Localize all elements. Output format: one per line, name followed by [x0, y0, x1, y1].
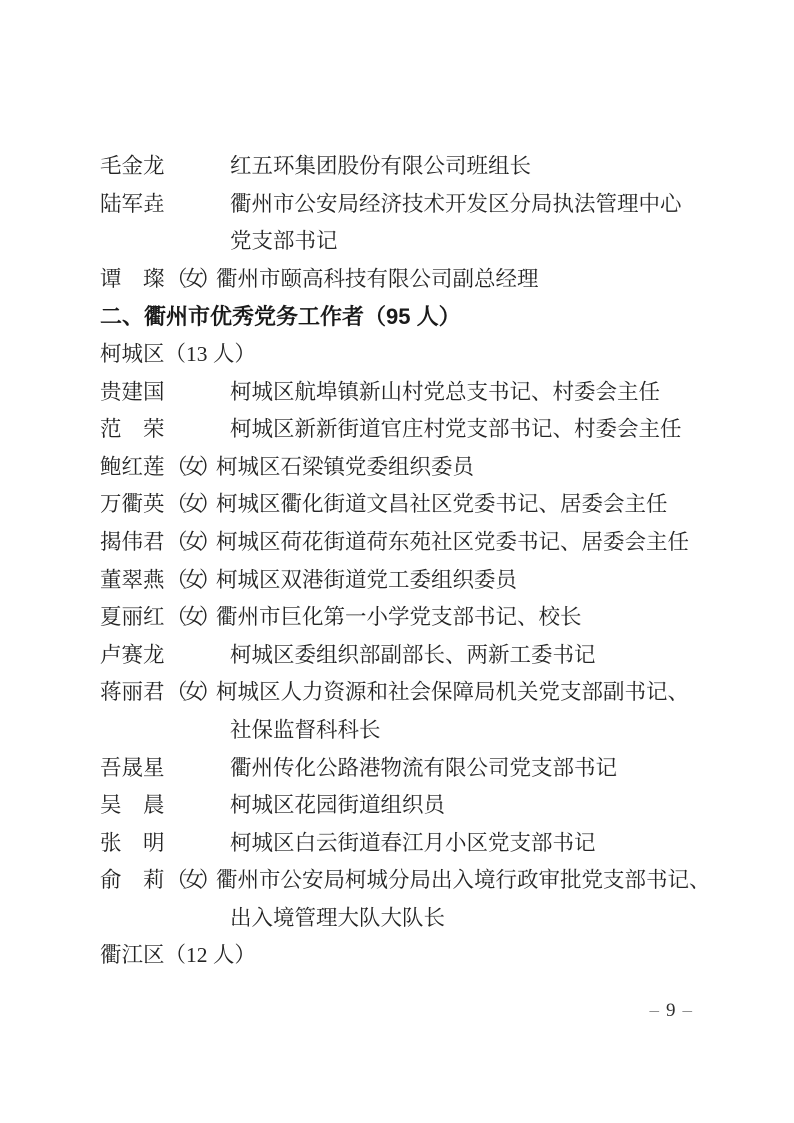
gender-marker: （女）: [166, 599, 216, 637]
awardee-row: 蒋丽君（女）柯城区人力资源和社会保障局机关党支部副书记、: [100, 674, 704, 712]
awardee-row: 毛金龙红五环集团股份有限公司班组长: [100, 148, 704, 186]
gender-marker: （女）: [166, 449, 216, 487]
awardee-position: 柯城区白云街道春江月小区党支部书记: [230, 825, 596, 863]
awardee-name: 张 明: [100, 825, 230, 863]
awardee-name: 毛金龙: [100, 148, 230, 186]
awardee-position: 衢州市巨化第一小学党支部书记、校长: [216, 599, 582, 637]
awardee-name: 范 荣: [100, 411, 230, 449]
awardee-position: 衢州传化公路港物流有限公司党支部书记: [230, 750, 617, 788]
awardee-row: 吾晟星衢州传化公路港物流有限公司党支部书记: [100, 750, 704, 788]
awardee-position-line2: 出入境管理大队大队长: [230, 900, 445, 938]
page-number: –9–: [650, 1000, 693, 1022]
awardee-row: 卢赛龙柯城区委组织部副部长、两新工委书记: [100, 637, 704, 675]
awardee-position: 柯城区委组织部副部长、两新工委书记: [230, 637, 596, 675]
position-continuation: 出入境管理大队大队长: [100, 900, 704, 938]
awardee-row: 董翠燕（女）柯城区双港街道党工委组织委员: [100, 562, 704, 600]
gender-marker: （女）: [166, 862, 216, 900]
awardee-name: 贵建国: [100, 374, 230, 412]
awardee-name: 揭伟君: [100, 524, 166, 562]
awardee-name: 陆军垚: [100, 186, 230, 224]
awardee-name: 俞 莉: [100, 862, 166, 900]
awardee-row: 万衢英（女）柯城区衢化街道文昌社区党委书记、居委会主任: [100, 486, 704, 524]
awardee-name: 吴 晨: [100, 787, 230, 825]
position-continuation: 党支部书记: [100, 223, 704, 261]
awardee-row: 张 明柯城区白云街道春江月小区党支部书记: [100, 825, 704, 863]
section-heading: 二、衢州市优秀党务工作者（95 人）: [100, 298, 704, 336]
awardee-row: 夏丽红（女）衢州市巨化第一小学党支部书记、校长: [100, 599, 704, 637]
awardee-position: 柯城区航埠镇新山村党总支书记、村委会主任: [230, 374, 660, 412]
awardee-row: 贵建国柯城区航埠镇新山村党总支书记、村委会主任: [100, 374, 704, 412]
gender-marker: （女）: [166, 524, 216, 562]
awardee-position: 衢州市公安局柯城分局出入境行政审批党支部书记、: [216, 862, 711, 900]
gender-marker: （女）: [166, 674, 216, 712]
awardee-position: 柯城区石梁镇党委组织委员: [216, 449, 474, 487]
district-group-title: 衢江区（12 人）: [100, 937, 704, 975]
awardee-name: 鲍红莲: [100, 449, 166, 487]
page-number-value: 9: [666, 1000, 676, 1021]
awardee-position: 柯城区新新街道官庄村党支部书记、村委会主任: [230, 411, 682, 449]
awardee-name: 蒋丽君: [100, 674, 166, 712]
awardee-position: 柯城区花园街道组织员: [230, 787, 445, 825]
awardee-row: 鲍红莲（女）柯城区石梁镇党委组织委员: [100, 449, 704, 487]
awardee-row: 揭伟君（女）柯城区荷花街道荷东苑社区党委书记、居委会主任: [100, 524, 704, 562]
awardee-position: 衢州市公安局经济技术开发区分局执法管理中心: [230, 186, 682, 224]
awardee-row: 谭 璨（女）衢州市颐高科技有限公司副总经理: [100, 261, 704, 299]
position-continuation: 社保监督科科长: [100, 712, 704, 750]
awardee-position: 柯城区荷花街道荷东苑社区党委书记、居委会主任: [216, 524, 689, 562]
awardee-row: 吴 晨柯城区花园街道组织员: [100, 787, 704, 825]
awardee-name: 卢赛龙: [100, 637, 230, 675]
awardee-row: 俞 莉（女）衢州市公安局柯城分局出入境行政审批党支部书记、: [100, 862, 704, 900]
gender-marker: （女）: [166, 486, 216, 524]
awardee-name: 夏丽红: [100, 599, 166, 637]
awardee-position-line2: 社保监督科科长: [230, 712, 381, 750]
document-page: 毛金龙红五环集团股份有限公司班组长 陆军垚衢州市公安局经济技术开发区分局执法管理…: [0, 0, 794, 1123]
awardee-position: 柯城区人力资源和社会保障局机关党支部副书记、: [216, 674, 689, 712]
awardee-position: 柯城区双港街道党工委组织委员: [216, 562, 517, 600]
page-number-dash-left: –: [650, 1000, 660, 1021]
awardee-name: 万衢英: [100, 486, 166, 524]
awardee-name: 谭 璨: [100, 261, 166, 299]
awardee-position: 衢州市颐高科技有限公司副总经理: [216, 261, 539, 299]
awardee-name: 董翠燕: [100, 562, 166, 600]
district-group-title: 柯城区（13 人）: [100, 336, 704, 374]
page-number-dash-right: –: [683, 1000, 693, 1021]
awardee-name: 吾晟星: [100, 750, 230, 788]
gender-marker: （女）: [166, 261, 216, 299]
awardee-position: 柯城区衢化街道文昌社区党委书记、居委会主任: [216, 486, 668, 524]
gender-marker: （女）: [166, 562, 216, 600]
awardee-row: 范 荣柯城区新新街道官庄村党支部书记、村委会主任: [100, 411, 704, 449]
awardee-row: 陆军垚衢州市公安局经济技术开发区分局执法管理中心: [100, 186, 704, 224]
awardee-position-line2: 党支部书记: [230, 223, 338, 261]
document-body: 毛金龙红五环集团股份有限公司班组长 陆军垚衢州市公安局经济技术开发区分局执法管理…: [100, 148, 704, 975]
awardee-position: 红五环集团股份有限公司班组长: [230, 148, 531, 186]
